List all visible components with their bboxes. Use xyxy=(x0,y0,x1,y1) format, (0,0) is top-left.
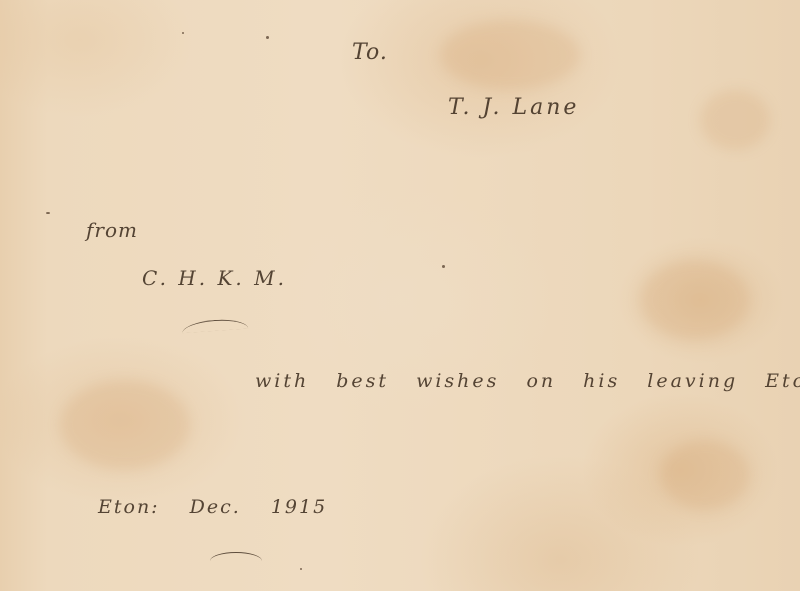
foxing-stain xyxy=(60,380,190,470)
sender-initials: C. H. K. M. xyxy=(142,266,287,290)
foxing-stain xyxy=(700,90,770,150)
ink-speck xyxy=(442,265,445,268)
ink-speck xyxy=(266,36,269,39)
from-label: from xyxy=(86,218,138,242)
ink-speck xyxy=(300,568,302,570)
foxing-stain xyxy=(440,20,580,90)
recipient-name: T. J. Lane xyxy=(448,95,579,120)
to-label: To. xyxy=(352,40,388,65)
place-date: Eton: Dec. 1915 xyxy=(98,496,327,518)
ink-speck xyxy=(46,212,50,214)
foxing-stain xyxy=(640,260,750,340)
ink-speck xyxy=(182,32,184,34)
foxing-stain xyxy=(660,440,750,510)
message-line: with best wishes on his leaving Eton xyxy=(255,370,800,392)
